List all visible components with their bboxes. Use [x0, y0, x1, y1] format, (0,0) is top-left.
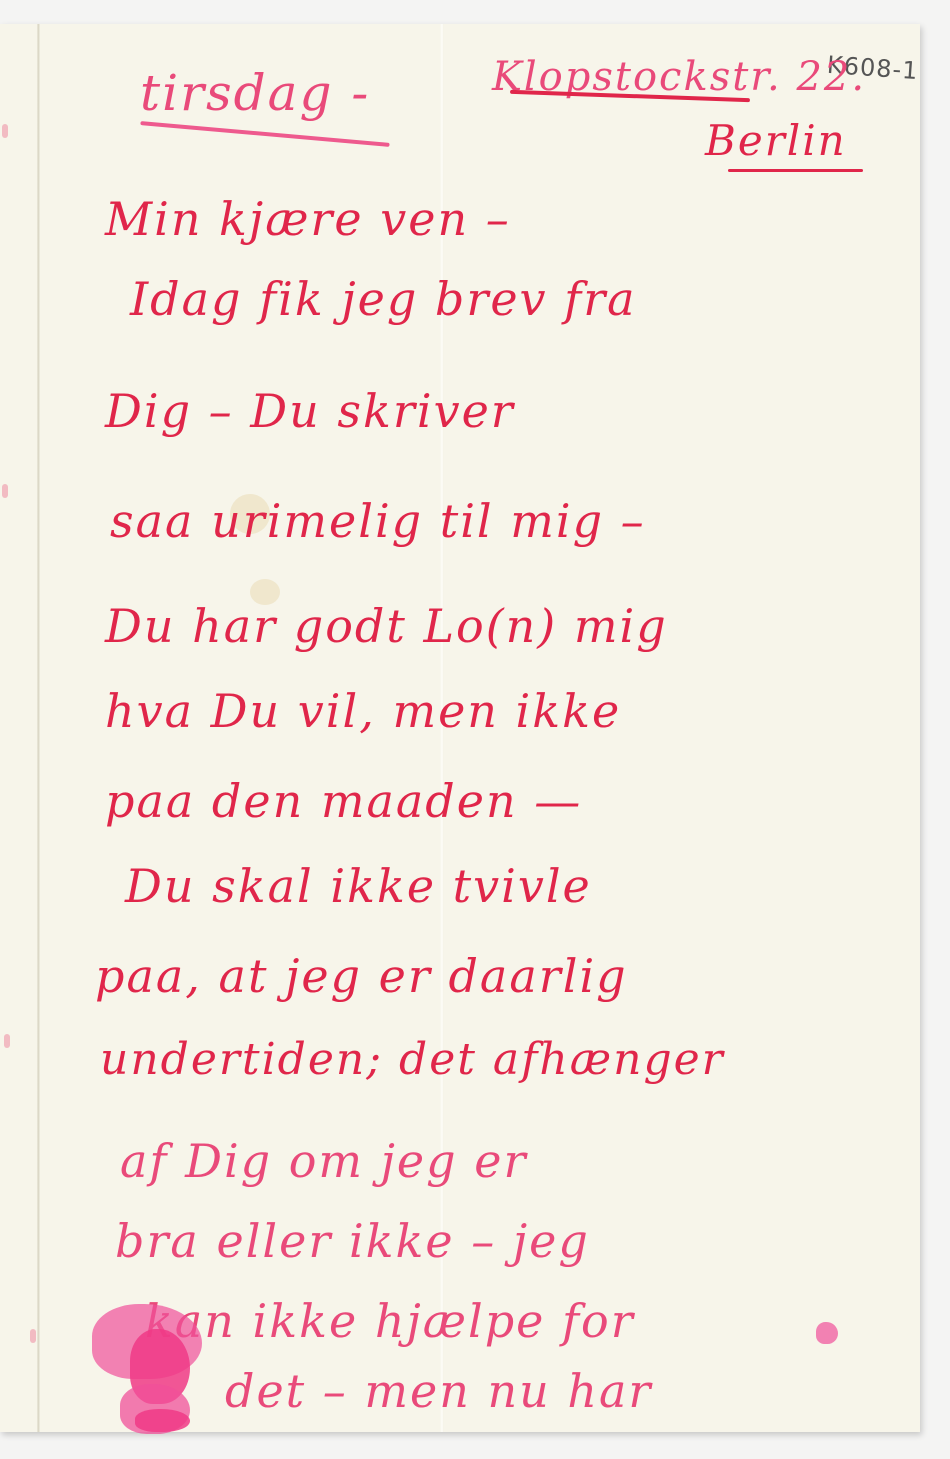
bleed-mark: [30, 1329, 36, 1343]
page-fold-left: [37, 24, 40, 1432]
letter-line-7: paa den maaden —: [105, 774, 582, 828]
city-underline: [728, 169, 863, 172]
address-city: Berlin: [705, 116, 847, 165]
bleed-mark: [4, 1034, 10, 1048]
letter-line-11: af Dig om jeg er: [120, 1134, 527, 1188]
letter-line-9: paa, at jeg er daarlig: [95, 949, 628, 1003]
letter-line-14: det – men nu har: [225, 1364, 652, 1418]
letter-line-13: kan ikke hjælpe for: [145, 1294, 635, 1348]
letter-line-6: hva Du vil, men ikke: [105, 684, 621, 738]
letter-line-8: Du skal ikke tvivle: [125, 859, 592, 913]
letter-line-2: Idag fik jeg brev fra: [130, 272, 637, 326]
bleed-mark: [2, 484, 8, 498]
letter-line-3: Dig – Du skriver: [105, 384, 515, 438]
letter-line-5: Du har godt Lo(n) mig: [105, 599, 668, 653]
letter-line-10: undertiden; det afhænger: [100, 1034, 725, 1085]
day-underline: [140, 121, 389, 147]
letter-page: K608-1 tirsdag - Klopstockstr. 22. Berli…: [0, 24, 920, 1432]
letter-line-4: saa urimelig til mig –: [110, 494, 646, 548]
ink-blot: [135, 1409, 190, 1432]
letter-day: tirsdag -: [140, 64, 370, 122]
letter-line-12: bra eller ikke – jeg: [115, 1214, 590, 1268]
bleed-mark: [2, 124, 8, 138]
ink-blot: [816, 1322, 838, 1344]
letter-line-1: Min kjære ven –: [105, 192, 511, 246]
